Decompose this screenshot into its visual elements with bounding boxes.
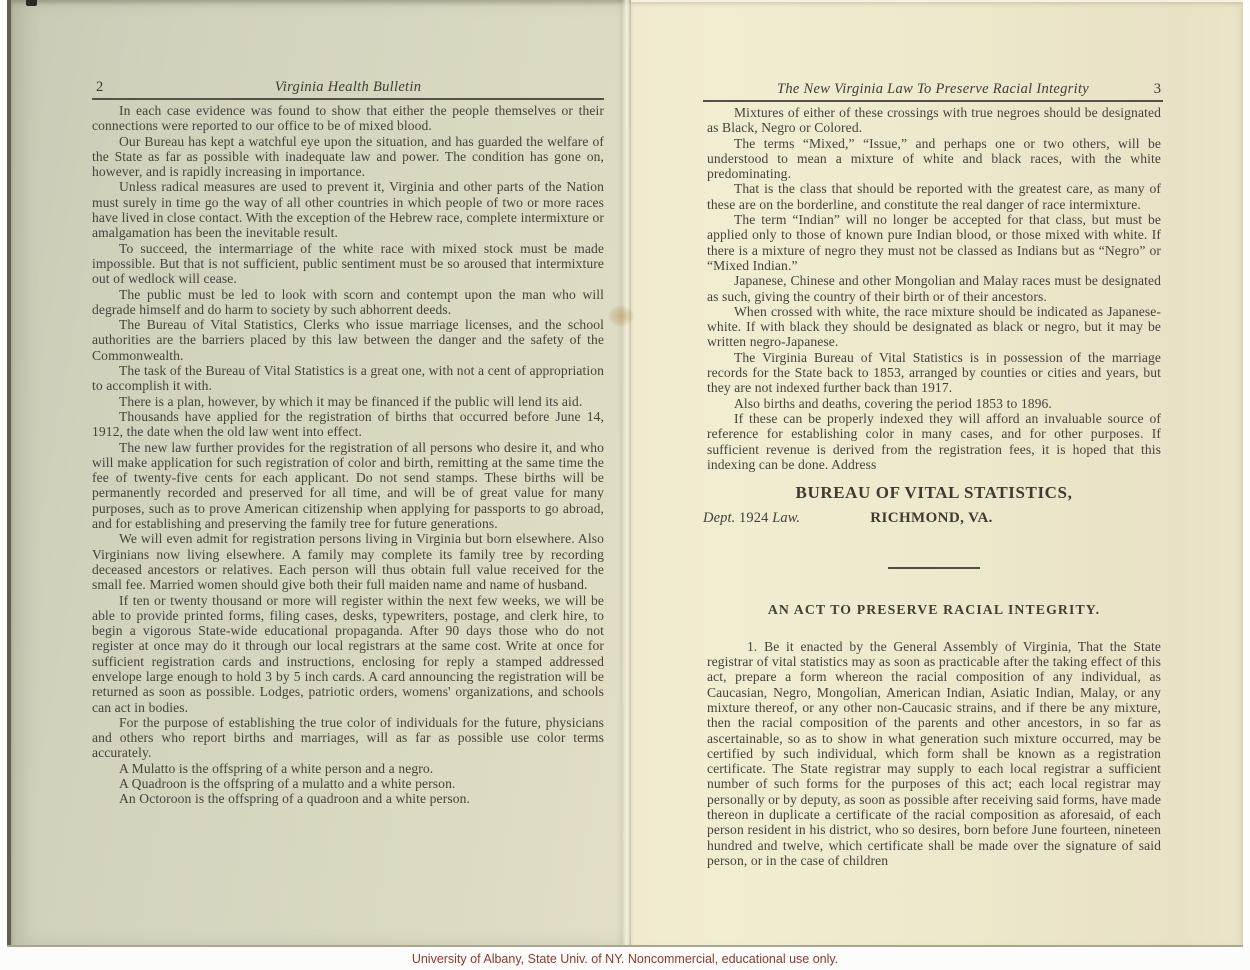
paragraph: That is the class that should be reporte… [707, 181, 1161, 212]
page-fold [617, 0, 631, 947]
page-left-header: 2 Virginia Health Bulletin [92, 79, 604, 100]
paragraph: There is a plan, however, by which it ma… [92, 394, 604, 409]
scan-corner-mark [26, 0, 37, 6]
page-number-right: 3 [1154, 81, 1161, 98]
paragraph: Thousands have applied for the registrat… [92, 409, 604, 440]
header-rule-left [92, 98, 604, 100]
book-spread-scan: 2 Virginia Health Bulletin In each case … [0, 0, 1250, 947]
paragraph: If ten or twenty thousand or more will r… [92, 593, 604, 715]
dept-year: 1924 [739, 510, 768, 526]
page-left: 2 Virginia Health Bulletin In each case … [7, 0, 631, 947]
running-title-left: Virginia Health Bulletin [92, 79, 604, 96]
page-right-paragraphs: Mixtures of either of these crossings wi… [707, 105, 1161, 472]
dept-abbr: Dept. [703, 510, 735, 526]
bureau-heading: BUREAU OF VITAL STATISTICS, [707, 485, 1161, 500]
page-right-header: 3 The New Virginia Law To Preserve Racia… [703, 81, 1163, 102]
dept-word: Law. [772, 510, 800, 526]
paragraph: Our Bureau has kept a watchful eye upon … [92, 134, 604, 180]
page-left-body: In each case evidence was found to show … [92, 103, 604, 807]
page-right: 3 The New Virginia Law To Preserve Racia… [631, 0, 1243, 949]
attribution-caption: University of Albany, State Univ. of NY.… [412, 952, 838, 966]
paragraph: The Virginia Bureau of Vital Statistics … [707, 350, 1161, 396]
paragraph: Mixtures of either of these crossings wi… [707, 105, 1161, 136]
header-rule-right [703, 100, 1163, 102]
paragraph: We will even admit for registration pers… [92, 531, 604, 592]
paragraph: The public must be led to look with scor… [92, 287, 604, 318]
paragraph: To succeed, the intermarriage of the whi… [92, 241, 604, 287]
paragraph: The new law further provides for the reg… [92, 440, 604, 532]
paragraph: An Octoroon is the offspring of a quadro… [92, 791, 604, 806]
paragraph: Also births and deaths, covering the per… [707, 396, 1161, 411]
paper-stain [608, 305, 634, 327]
act-heading: AN ACT TO PRESERVE RACIAL INTEGRITY. [707, 602, 1161, 617]
paragraph: A Mulatto is the offspring of a white pe… [92, 761, 604, 776]
city-label: RICHMOND, VA. [870, 511, 993, 526]
address-row: Dept. 1924 Law. RICHMOND, VA. [707, 511, 1161, 529]
page-right-body: Mixtures of either of these crossings wi… [707, 105, 1161, 868]
section-divider-rule [888, 567, 980, 569]
paragraph: A Quadroon is the offspring of a mulatto… [92, 776, 604, 791]
paragraph: Japanese, Chinese and other Mongolian an… [707, 273, 1161, 304]
page-number-left: 2 [96, 79, 103, 96]
paragraph: When crossed with white, the race mixtur… [707, 304, 1161, 350]
paragraph: The terms “Mixed,” “Issue,” and perhaps … [707, 136, 1161, 182]
act-body: 1. Be it enacted by the General Assembly… [707, 639, 1161, 868]
act-paragraph: 1. Be it enacted by the General Assembly… [707, 639, 1161, 868]
paragraph: Unless radical measures are used to prev… [92, 179, 604, 240]
running-title-right: The New Virginia Law To Preserve Racial … [703, 81, 1163, 98]
paragraph: The Bureau of Vital Statistics, Clerks w… [92, 317, 604, 363]
paragraph: In each case evidence was found to show … [92, 103, 604, 134]
paragraph: For the purpose of establishing the true… [92, 715, 604, 761]
paragraph: If these can be properly indexed they wi… [707, 411, 1161, 472]
attribution-strip: University of Albany, State Univ. of NY.… [0, 947, 1250, 970]
paragraph: The task of the Bureau of Vital Statisti… [92, 363, 604, 394]
paragraph: The term “Indian” will no longer be acce… [707, 212, 1161, 273]
dept-law-label: Dept. 1924 Law. [703, 511, 800, 526]
